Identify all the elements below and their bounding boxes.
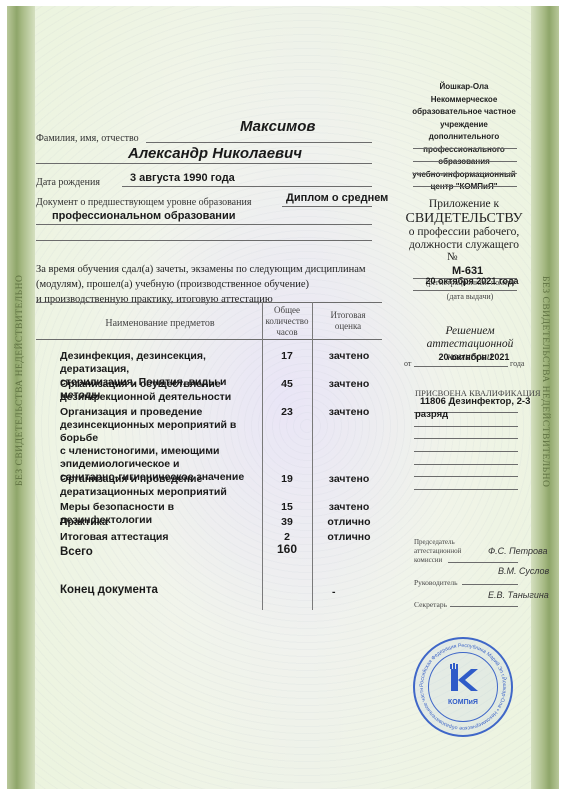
fio-line-2 <box>36 163 372 164</box>
subject-name: Практика <box>60 516 265 529</box>
head-label: Руководитель <box>414 578 458 587</box>
studies-intro-text: За время обучения сдал(а) зачеты, экзаме… <box>36 262 396 307</box>
qualification-line-2 <box>414 426 518 427</box>
subject-grade: зачтено <box>314 473 384 486</box>
org-line-4 <box>413 186 517 187</box>
qualification-line-4 <box>414 451 518 452</box>
organization-stamp: Российская Федерация Республика Марий Эл… <box>413 637 513 737</box>
org-line-1 <box>413 148 517 149</box>
number-sign: № <box>447 251 458 263</box>
table-header-bottom-line <box>36 339 382 340</box>
header-hours: Общее количество часов <box>262 305 312 338</box>
qualification-line-5 <box>414 464 518 465</box>
issue-date-line <box>413 290 517 291</box>
chair-signature-line <box>448 562 518 563</box>
end-of-document-label: Конец документа <box>60 584 158 597</box>
secretary-label: Секретарь <box>414 600 447 609</box>
left-decorative-border: БЕЗ СВИДЕТЕЛЬСТВА НЕДЕЙСТВИТЕЛЬНО <box>7 6 35 789</box>
issue-date-label: (дата выдачи) <box>420 292 520 301</box>
header-grade: Итоговая оценка <box>313 310 383 332</box>
org-line-3 <box>413 173 517 174</box>
subject-grade: отлично <box>314 531 384 544</box>
qualification-line-7 <box>414 489 518 490</box>
prev-education-line-1 <box>282 206 372 207</box>
stamp-logo-name: КОМПиЯ <box>415 699 511 706</box>
birth-date-line <box>122 186 372 187</box>
subject-hours: 17 <box>264 350 310 363</box>
issue-date: 20 октября 2021 года <box>420 276 524 286</box>
qualification-line-6 <box>414 476 518 477</box>
prev-education-value-2: профессиональном образовании <box>52 210 235 222</box>
head-signature-line <box>462 584 518 585</box>
subject-name: Итоговая аттестация <box>60 531 265 544</box>
prev-education-label: Документ о предшествующем уровне образов… <box>36 197 251 208</box>
prev-education-line-3 <box>36 240 372 241</box>
border-text-left: БЕЗ СВИДЕТЕЛЬСТВА НЕДЕЙСТВИТЕЛЬНО <box>15 275 25 486</box>
kompiya-logo-icon <box>445 663 481 693</box>
birth-date-label: Дата рождения <box>36 177 100 188</box>
total-label: Всего <box>60 546 93 559</box>
subject-hours: 23 <box>264 406 310 419</box>
given-names: Александр Николаевич <box>128 145 302 162</box>
subject-grade: зачтено <box>314 378 384 391</box>
fio-label: Фамилия, имя, отчество <box>36 133 139 144</box>
subject-grade: зачтено <box>314 406 384 419</box>
header-subject: Наименование предметов <box>60 318 260 329</box>
secretary-name: Е.В. Таныгина <box>488 590 549 600</box>
border-text-right: БЕЗ СВИДЕТЕЛЬСТВА НЕДЕЙСТВИТЕЛЬНО <box>540 276 550 487</box>
chair-name: Ф.С. Петрова <box>488 546 548 556</box>
subject-name: Организация и осуществлениедезинфекционн… <box>60 378 265 404</box>
subject-hours: 15 <box>264 501 310 514</box>
prev-education-value-1: Диплом о среднем <box>286 192 388 204</box>
subject-hours: 39 <box>264 516 310 529</box>
table-top-line <box>36 302 382 303</box>
subject-grade: отлично <box>314 516 384 529</box>
head-name: В.М. Суслов <box>498 566 549 576</box>
birth-date-value: 3 августа 1990 года <box>130 172 235 184</box>
organization-name: Йошкар-Ола Некоммерческое образовательно… <box>406 81 522 194</box>
subject-grade: зачтено <box>314 501 384 514</box>
org-line-2 <box>413 161 517 162</box>
qualification-line-3 <box>414 438 518 439</box>
total-hours: 160 <box>264 543 310 556</box>
subject-name: Организация и проведениедератизационных … <box>60 473 265 499</box>
subject-hours: 45 <box>264 378 310 391</box>
qualification-value-2: разряд <box>415 409 448 420</box>
subject-grade: зачтено <box>314 350 384 363</box>
decision-year-label: года <box>510 359 524 368</box>
certificate-title: Приложение к СВИДЕТЕЛЬСТВУ о профессии р… <box>400 198 528 252</box>
fio-line-1 <box>146 142 372 143</box>
chair-label: Председатель аттестационной комиссии <box>414 538 461 565</box>
decision-date-line <box>414 366 508 367</box>
secretary-signature-line <box>450 606 518 607</box>
subject-hours: 19 <box>264 473 310 486</box>
qualification-value-1: 11806 Дезинфектор, 2-3 <box>420 396 530 407</box>
decision-from-label: от <box>404 359 411 368</box>
surname: Максимов <box>240 118 315 135</box>
end-of-document-mark: - <box>332 586 336 599</box>
prev-education-line-2 <box>36 224 372 225</box>
table-col-divider-2 <box>312 302 313 610</box>
